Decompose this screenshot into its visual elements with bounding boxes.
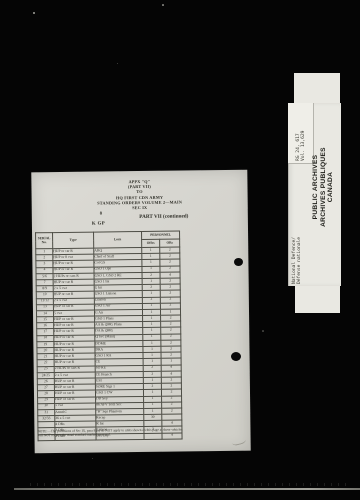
surface-edge-line: [14, 488, 360, 490]
part-title: PART VII (continued): [56, 213, 272, 221]
punch-hole: [231, 352, 241, 361]
footnote: NOTE:—The provisions of Sec IX, para 8 (…: [37, 428, 182, 438]
dust-speck: [262, 330, 264, 332]
pencil-scribble: [231, 434, 247, 446]
institution-name: PUBLIC ARCHIVES ARCHIVES PUBLIQUES CANAD…: [312, 141, 335, 233]
group-title: K GP: [92, 221, 105, 226]
archive-reference-vol: Vol. 13,629: [301, 131, 306, 161]
col-header-ors: ORs: [160, 239, 180, 247]
surface-dust: [30, 483, 350, 486]
dust-speck: [162, 4, 164, 6]
col-header-serial: SERIAL No.: [36, 233, 53, 249]
dust-speck: [33, 12, 35, 14]
col-header-locn: Locn: [94, 231, 142, 248]
department-line: Défense nationale: [297, 237, 302, 284]
institution-line: ARCHIVES PUBLIQUES: [320, 141, 328, 233]
table-body: 1HUP or car RAHQ122HUP or 8 cwtChief of …: [36, 247, 182, 441]
punch-hole: [234, 258, 243, 266]
personnel-table: SERIAL No. Type Locn PERSONNEL Offrs ORs…: [35, 231, 183, 442]
separator-card-bottom-tab: [295, 286, 340, 313]
col-header-serial-line2: No.: [42, 240, 47, 244]
institution-line: PUBLIC ARCHIVES: [312, 141, 320, 233]
col-header-type: Type: [53, 232, 94, 248]
col-header-offrs: Offrs: [142, 239, 160, 247]
separator-card-top-tab: [294, 73, 340, 104]
document-page: APPX "Q" (PART VII) TO HQ FIRST CDN ARMY…: [31, 170, 250, 454]
archive-reference: RG 24, 617 Vol. 13,629: [296, 131, 307, 161]
institution-line: CANADA: [327, 141, 335, 233]
dust-speck: [117, 63, 118, 64]
dust-speck: [92, 458, 93, 459]
department-name: National Defence/ Défense nationale: [292, 237, 303, 284]
